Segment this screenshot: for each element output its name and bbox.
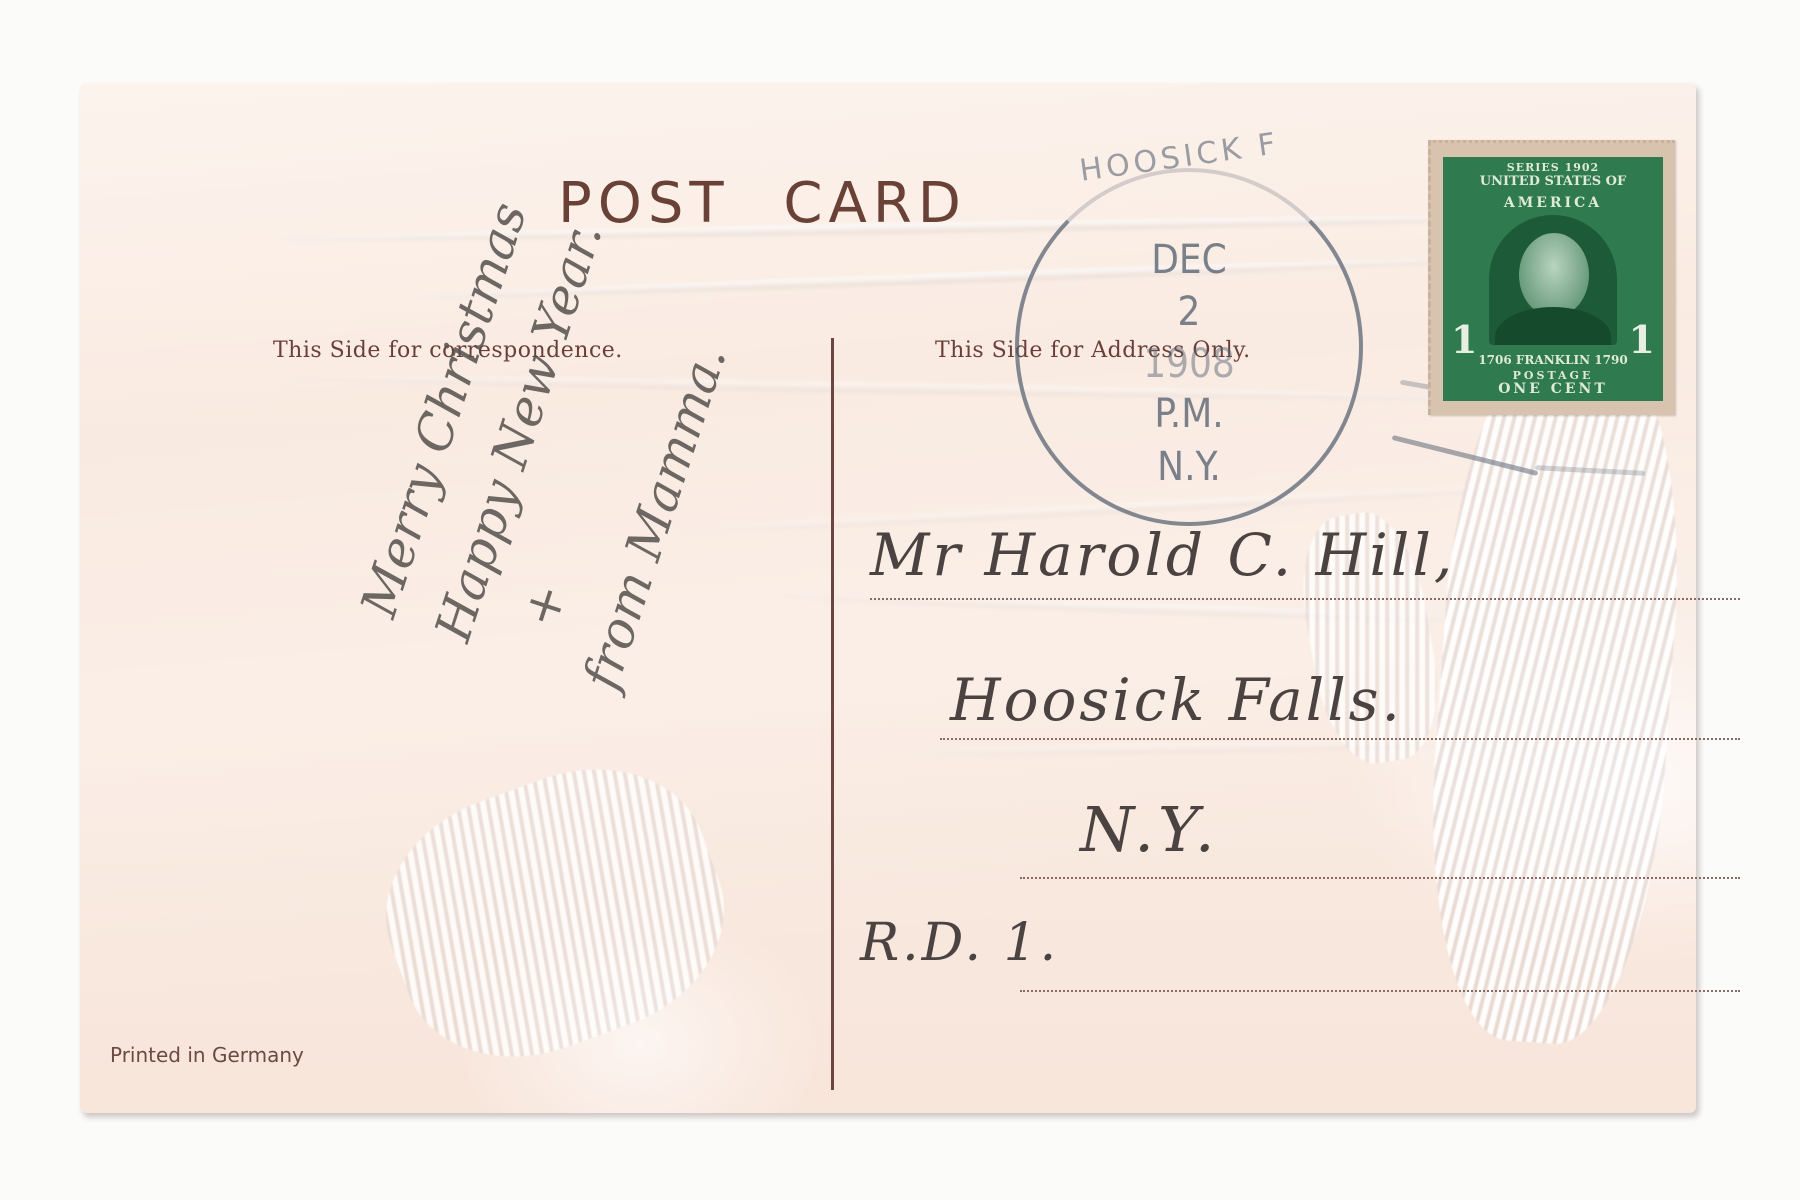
- postmark-state: N.Y.: [1019, 447, 1359, 487]
- stamp-america: AMERICA: [1443, 195, 1663, 211]
- stamp-design: SERIES 1902 UNITED STATES OF AMERICA 1 1…: [1443, 157, 1663, 401]
- postmark-time: P.M.: [1019, 394, 1359, 434]
- franklin-portrait-icon: [1489, 215, 1617, 345]
- stamp-value: ONE CENT: [1443, 381, 1663, 397]
- recipient-route: R.D. 1.: [860, 913, 1059, 973]
- postage-stamp: SERIES 1902 UNITED STATES OF AMERICA 1 1…: [1428, 140, 1675, 415]
- recipient-city: Hoosick Falls.: [950, 666, 1403, 734]
- stamp-name: 1706 FRANKLIN 1790: [1443, 353, 1663, 367]
- address-rule: [940, 738, 1740, 740]
- postmark-town: HOOSICK F: [1078, 126, 1282, 189]
- address-rule: [1020, 877, 1740, 879]
- address-rule: [1020, 990, 1740, 992]
- postmark: HOOSICK F DEC 2 1908 P.M. N.Y.: [1015, 168, 1363, 526]
- center-divider: [831, 338, 834, 1090]
- postmark-year: 1908: [1019, 344, 1359, 384]
- postmark-month: DEC: [1019, 240, 1359, 280]
- address-rule: [870, 598, 1740, 600]
- handwritten-message: Merry Christmas Happy New Year. + from M…: [340, 188, 771, 699]
- postcard-title: POST CARD: [558, 171, 967, 236]
- recipient-state: N.Y.: [1080, 793, 1219, 866]
- cancel-bar: [1535, 465, 1645, 476]
- recipient-name: Mr Harold C. Hill,: [870, 521, 1455, 589]
- postmark-day: 2: [1019, 292, 1359, 332]
- postcard: POST CARD This Side for correspondence. …: [80, 83, 1696, 1113]
- printed-in-imprint: Printed in Germany: [110, 1043, 304, 1067]
- stamp-series: SERIES 1902: [1443, 161, 1663, 174]
- stamp-country: UNITED STATES OF: [1443, 174, 1663, 189]
- cancel-bar: [1392, 435, 1539, 476]
